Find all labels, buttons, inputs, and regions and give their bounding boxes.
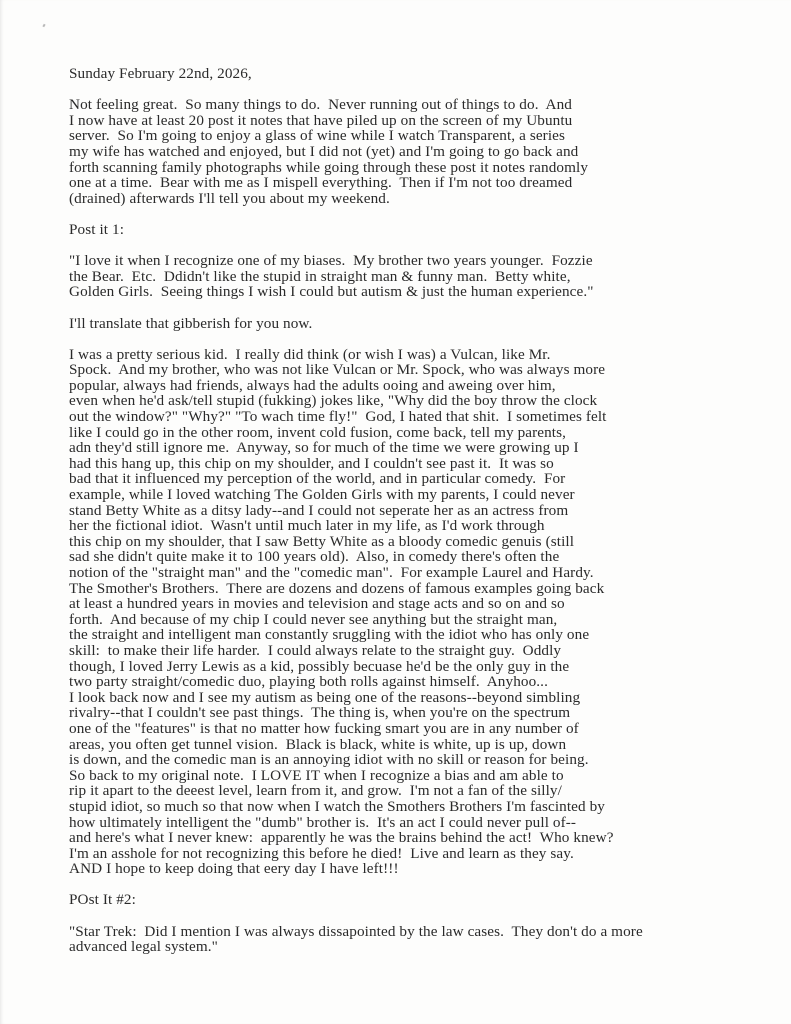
text-line: bad that it influenced my perception of … [69,471,769,487]
text-line: one at a time. Bear with me as I mispell… [69,175,769,191]
text-line: Spock. And my brother, who was not like … [69,362,769,378]
post-it-1-quote: "I love it when I recognize one of my bi… [69,253,769,300]
text-line: stand Betty White as a ditsy lady--and I… [69,503,769,519]
text-line: though, I loved Jerry Lewis as a kid, po… [69,659,769,675]
text-line: had this hang up, this chip on my should… [69,456,769,472]
text-line: adn they'd still ignore me. Anyway, so f… [69,440,769,456]
text-line: is down, and the comedic man is an annoy… [69,752,769,768]
date-line: Sunday February 22nd, 2026, [69,66,769,82]
scanned-typewritten-page: Sunday February 22nd, 2026, Not feeling … [0,0,791,1024]
text-line: AND I hope to keep doing that eery day I… [69,861,769,877]
quote-line: the Bear. Etc. Ddidn't like the stupid i… [69,269,769,285]
quote-line: "I love it when I recognize one of my bi… [69,253,769,269]
text-line: rip it apart to the deeest level, learn … [69,783,769,799]
text-line: skill: to make their life harder. I coul… [69,643,769,659]
text-line: I'm an asshole for not recognizing this … [69,846,769,862]
text-line: out the window?" "Why?" "To wach time fl… [69,409,769,425]
post-it-1-body: I was a pretty serious kid. I really did… [69,347,769,877]
text-line: two party straight/comedic duo, playing … [69,674,769,690]
text-line: how ultimately intelligent the "dumb" br… [69,815,769,831]
text-line: sad she didn't quite make it to 100 year… [69,549,769,565]
text-line: at least a hundred years in movies and t… [69,596,769,612]
text-line: popular, always had friends, always had … [69,378,769,394]
text-line: I look back now and I see my autism as b… [69,690,769,706]
text-line: Not feeling great. So many things to do.… [69,97,769,113]
text-line: I now have at least 20 post it notes tha… [69,113,769,129]
text-line: forth. And because of my chip I could ne… [69,612,769,628]
post-it-2-heading: POst It #2: [69,892,769,908]
scan-speck [42,24,45,28]
text-line: her the fictional idiot. Wasn't until mu… [69,518,769,534]
translate-line: I'll translate that gibberish for you no… [69,316,769,332]
text-line: stupid idiot, so much so that now when I… [69,799,769,815]
text-line: like I could go in the other room, inven… [69,425,769,441]
text-line: areas, you often get tunnel vision. Blac… [69,737,769,753]
text-line: The Smother's Brothers. There are dozens… [69,581,769,597]
text-line: I was a pretty serious kid. I really did… [69,347,769,363]
text-line: So back to my original note. I LOVE IT w… [69,768,769,784]
post-it-1-heading: Post it 1: [69,222,769,238]
text-line: the straight and intelligent man constan… [69,627,769,643]
text-line: rivalry--that I couldn't see past things… [69,705,769,721]
text-line: example, while I loved watching The Gold… [69,487,769,503]
text-line: this chip on my shoulder, that I saw Bet… [69,534,769,550]
text-line: (drained) afterwards I'll tell you about… [69,191,769,207]
document-body: Sunday February 22nd, 2026, Not feeling … [69,66,769,955]
quote-line: Golden Girls. Seeing things I wish I cou… [69,284,769,300]
intro-paragraph: Not feeling great. So many things to do.… [69,97,769,206]
text-line: notion of the "straight man" and the "co… [69,565,769,581]
quote-line: "Star Trek: Did I mention I was always d… [69,924,769,940]
text-line: one of the "features" is that no matter … [69,721,769,737]
quote-line: advanced legal system." [69,939,769,955]
post-it-2-quote: "Star Trek: Did I mention I was always d… [69,924,769,955]
text-line: my wife has watched and enjoyed, but I d… [69,144,769,160]
text-line: and here's what I never knew: apparently… [69,830,769,846]
text-line: even when he'd ask/tell stupid (fukking)… [69,393,769,409]
text-line: server. So I'm going to enjoy a glass of… [69,128,769,144]
text-line: forth scanning family photographs while … [69,160,769,176]
